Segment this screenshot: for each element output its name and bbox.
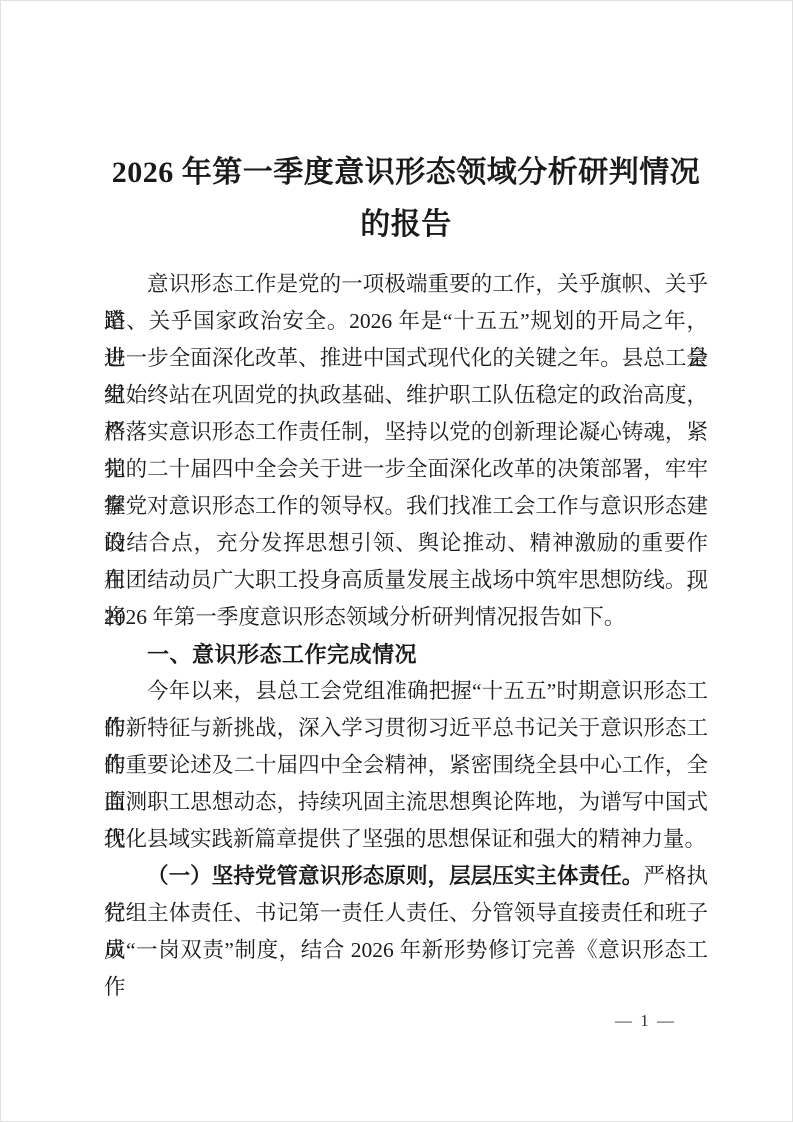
- title-line-2: 的报告: [104, 199, 708, 251]
- body-line: 今年以来，县总工会党组准确把握“十五五”时期意识形态工作: [104, 673, 708, 710]
- body-line: 监测职工思想动态，持续巩固主流思想舆论阵地，为谱写中国式现: [104, 784, 708, 821]
- document-content: 2026 年第一季度意识形态领域分析研判情况 的报告 意识形态工作是党的一项极端…: [104, 147, 708, 969]
- overview-paragraph: 今年以来，县总工会党组准确把握“十五五”时期意识形态工作 的新特征与新挑战，深入…: [104, 673, 708, 858]
- body-line: 员“一岗双责”制度，结合 2026 年新形势修订完善《意识形态工作: [104, 932, 708, 969]
- item1-paragraph: （一）坚持党管意识形态原则，层层压实主体责任。严格执行 党组主体责任、书记第一责…: [104, 858, 708, 969]
- body-line: 党组主体责任、书记第一责任人责任、分管领导直接责任和班子成: [104, 895, 708, 932]
- body-line: 意识形态工作是党的一项极端重要的工作，关乎旗帜、关乎道: [104, 266, 708, 303]
- document-body: 意识形态工作是党的一项极端重要的工作，关乎旗帜、关乎道 路、关乎国家政治安全。2…: [104, 266, 708, 969]
- body-line: 党的二十届四中全会关于进一步全面深化改革的决策部署，牢牢掌: [104, 451, 708, 488]
- intro-paragraph: 意识形态工作是党的一项极端重要的工作，关乎旗帜、关乎道 路、关乎国家政治安全。2…: [104, 266, 708, 636]
- body-line: 的重要论述及二十届四中全会精神，紧密围绕全县中心工作，全面: [104, 747, 708, 784]
- body-line: 代化县域实践新篇章提供了坚强的思想保证和强大的精神力量。: [104, 821, 708, 858]
- body-line: 组始终站在巩固党的执政基础、维护职工队伍稳定的政治高度，严: [104, 377, 708, 414]
- body-line: 格落实意识形态工作责任制，坚持以党的创新理论凝心铸魂，紧扣: [104, 414, 708, 451]
- section-heading: 一、意识形态工作完成情况: [104, 636, 708, 673]
- body-line: 在团结动员广大职工投身高质量发展主战场中筑牢思想防线。现将: [104, 562, 708, 599]
- item1-lead-bold: （一）坚持党管意识形态原则，层层压实主体责任。: [147, 864, 643, 888]
- body-line: 进一步全面深化改革、推进中国式现代化的关键之年。县总工会党: [104, 340, 708, 377]
- document-title: 2026 年第一季度意识形态领域分析研判情况 的报告: [104, 147, 708, 251]
- page-number: — 1 —: [615, 1009, 676, 1033]
- document-page: 2026 年第一季度意识形态领域分析研判情况 的报告 意识形态工作是党的一项极端…: [0, 0, 793, 1122]
- title-line-1: 2026 年第一季度意识形态领域分析研判情况: [104, 147, 708, 199]
- body-line: 路、关乎国家政治安全。2026 年是“十五五”规划的开局之年，也是: [104, 303, 708, 340]
- body-line: 握党对意识形态工作的领导权。我们找准工会工作与意识形态建设: [104, 488, 708, 525]
- body-line: 的结合点，充分发挥思想引领、舆论推动、精神激励的重要作用，: [104, 525, 708, 562]
- body-line: 2026 年第一季度意识形态领域分析研判情况报告如下。: [104, 599, 708, 636]
- body-line: （一）坚持党管意识形态原则，层层压实主体责任。严格执行: [104, 858, 708, 895]
- body-line: 的新特征与新挑战，深入学习贯彻习近平总书记关于意识形态工作: [104, 710, 708, 747]
